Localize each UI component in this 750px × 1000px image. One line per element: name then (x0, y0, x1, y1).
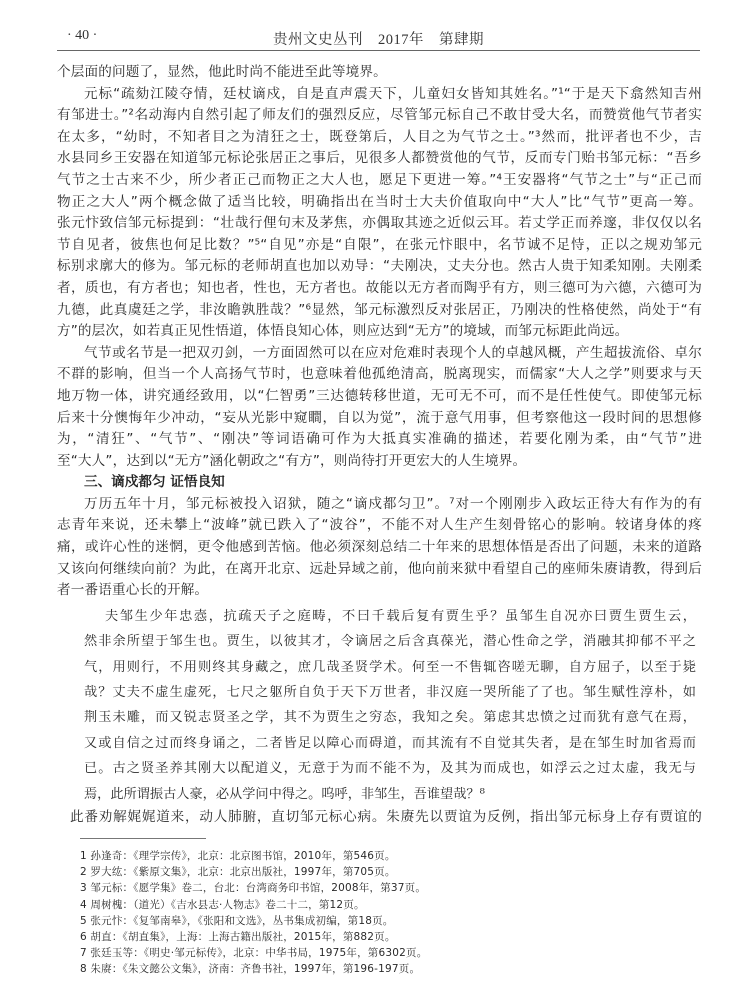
text-line: 此番劝解娓娓道来，动人肺腑，直切邹元标心病。朱赓先以贾谊为反例，指出邹元标身上存… (57, 807, 702, 829)
quote-line: 哉？丈夫不虚生虚死，七尺之躯所自负于天下万世者，非汉庭一哭所能了了也。邹生赋性淳… (57, 680, 702, 705)
header-rule (57, 50, 700, 51)
quote-line: 夫邹生少年忠悫，抗疏天子之庭畴，不曰千载后复有贾生乎？虽邹生自况亦曰贾生贾生云， (57, 604, 702, 629)
quote-line: 荆玉未雕，而又锐志贤圣之学，其不为贾生之穷态，我知之矣。第虑其忠愤之过而犹有意气… (57, 705, 702, 730)
section-heading: 三、谪戍都匀 证悟良知 (57, 472, 702, 494)
footnote-rule (80, 838, 206, 839)
text-line: 不群的影响，但当一个人高扬气节时，也意味着他孤绝清高，脱离现实，而儒家“大人之学… (57, 364, 702, 386)
quote-line: 焉，此所谓振古人豪，必从学问中得之。呜呼，非邹生，吾谁望哉？⁸ (57, 782, 702, 807)
text-line: 又该向何继续向前？为此，在离开北京、远赴异域之前，他向前来狱中看望自己的座师朱赓… (57, 559, 702, 581)
footnote: 7 张廷玉等：《明史·邹元标传》，北京：中华书局，1975年，第6302页。 (80, 945, 427, 961)
footnote: 2 罗大纮：《紫原文集》，北京：北京出版社，1997年，第705页。 (80, 864, 427, 880)
text-line: 标别求廓大的修为。邹元标的老师胡直也加以劝导：“夫刚决，丈夫分也。然古人贵于知柔… (57, 256, 702, 278)
footnote: 3 邹元标：《愿学集》卷二，台北：台湾商务印书馆，2008年，第37页。 (80, 880, 427, 896)
text-line: 九德，此真虞廷之学，非汝瞻孰胜哉？”⁶显然，邹元标激烈反对张居正，乃刚决的性格使… (57, 300, 702, 322)
text-line: 至“大人”，达到以“无方”涵化朝政之“有方”，则尚待打开更宏大的人生境界。 (57, 451, 702, 473)
footnote: 5 张元忭：《复邹南皋》，《张阳和文选》，丛书集成初编，第18页。 (80, 913, 427, 929)
text-line: 气节或名节是一把双刃剑，一方面固然可以在应对危难时表现个人的卓越风概，产生超拔流… (57, 343, 702, 365)
text-line: 为，“清狂”、“气节”、“刚决”等词语确可作为大抵真实准确的描述，若要化刚为柔，… (57, 429, 702, 451)
text-line: 张元忭致信邹元标提到：“壮哉行俚句末及茅焦，亦偶取其迹之近似云耳。若丈学正而养邃… (57, 213, 702, 235)
text-line: 气节之士古来不少，所少者正己而物正之大人也，愿足下更进一筹。”⁴王安器将“气节之… (57, 170, 702, 192)
text-line: 痛，或许心性的迷惘，更令他感到苦恼。他必须深刻总结二十年来的思想体悟是否出了问题… (57, 537, 702, 559)
footnote: 6 胡直：《胡直集》，上海：上海古籍出版社，2015年，第882页。 (80, 929, 427, 945)
text-line: 者一番语重心长的开解。 (57, 580, 702, 602)
text-line: 水县同乡王安器在知道邹元标论张居正之事后，见很多人都赞赏他的气节，反而专门贻书邹… (57, 148, 702, 170)
text-line: 物正之大人”两个概念做了适当比较，明确指出在当时士大夫价值取向中“大人”比“气节… (57, 192, 702, 214)
quote-line: 然非余所望于邹生也。贾生，以彼其才，令谪居之后含真葆光，潜心性命之学，消融其抑郁… (57, 629, 702, 654)
article-body: 个层面的问题了，显然，他此时尚不能进至此等境界。 元标“疏劾江陵夺情，廷杖谪戍，… (57, 62, 702, 829)
quote-line: 又或自信之过而终身诵之，二者皆足以障心而碍道，而其流有不自觉其失者，是在邹生时加… (57, 731, 702, 756)
text-line: 节自见者，彼焦也何足比数？”⁵“自见”亦是“自限”，在张元忭眼中，名节诚不足恃，… (57, 235, 702, 257)
text-line: 万历五年十月，邹元标被投入诏狱，随之“谪戍都匀卫”。⁷对一个刚刚步入政坛正待大有… (57, 494, 702, 516)
text-line: 后来十分懊悔年少冲动，“妄从光影中窥瞷，自以为觉”，流于意气用事，但考察他这一段… (57, 408, 702, 430)
running-header: · 40 · 贵州文史丛刊 2017年 第肆期 (57, 28, 700, 50)
text-line: 有邹进士。”²名动海内自然引起了师友们的强烈反应，尽管邹元标自己不敢甘受大名，而… (57, 105, 702, 127)
block-quote: 夫邹生少年忠悫，抗疏天子之庭畴，不曰千载后复有贾生乎？虽邹生自况亦曰贾生贾生云，… (57, 604, 702, 807)
footnote: 4 周树槐：（道光）《吉水县志·人物志》卷二十二，第12页。 (80, 897, 427, 913)
text-line: 地万物一体，讲究通经致用，以“仁智勇”三达德转移世道，无可无不可，而不是任性使气… (57, 386, 702, 408)
footnote: 8 朱赓：《朱文懿公文集》，济南：齐鲁书社，1997年，第196-197页。 (80, 961, 427, 977)
journal-title: 贵州文史丛刊 2017年 第肆期 (57, 28, 700, 49)
text-line: 个层面的问题了，显然，他此时尚不能进至此等境界。 (57, 62, 702, 84)
footnotes: 1 孙逢奇：《理学宗传》，北京：北京图书馆，2010年，第546页。 2 罗大纮… (80, 848, 427, 978)
quote-line: 已。古之贤圣养其刚大以配道义，无意于为而不能不为，及其为而成也，如浮云之过太虚，… (57, 756, 702, 781)
quote-line: 气，用则行，不用则终其身藏之，庶几哉圣贤学术。何至一不售辄咨嗟无聊，自方屈子，以… (57, 655, 702, 680)
text-line: 在太多，“幼时，不知者目之为清狂之士，既登第后，人目之为气节之士。”³然而，批评… (57, 127, 702, 149)
text-line: 元标“疏劾江陵夺情，廷杖谪戍，自是直声震天下，儿童妇女皆知其姓名。”¹“于是天下… (57, 84, 702, 106)
text-line: 方”的层次，如若真正见性悟道，体悟良知心体，则应达到“无方”的境域，而邹元标距此… (57, 321, 702, 343)
text-line: 志青年来说，还未攀上“波峰”就已跌入了“波谷”，不能不对人生产生刻骨铭心的影响。… (57, 515, 702, 537)
text-line: 者，质也，有方者也；知也者，性也，无方者也。故能以无方者而陶乎有方，则三德可为六… (57, 278, 702, 300)
footnote: 1 孙逢奇：《理学宗传》，北京：北京图书馆，2010年，第546页。 (80, 848, 427, 864)
